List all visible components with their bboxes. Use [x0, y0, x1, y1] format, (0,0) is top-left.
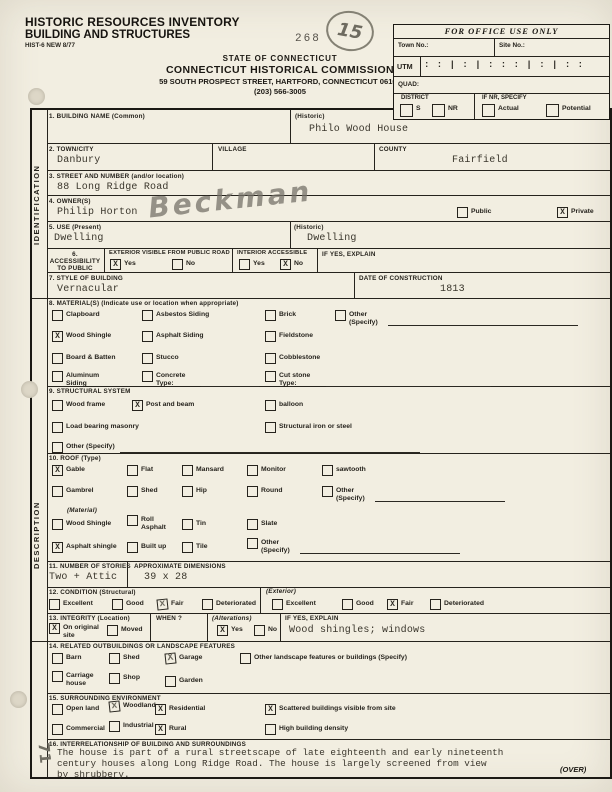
building-name-historic-label: (Historic) [295, 113, 325, 120]
checkbox-box [52, 704, 63, 715]
checkbox-label: Fieldstone [279, 331, 313, 340]
divider [280, 613, 281, 641]
divider [290, 110, 291, 143]
checkbox-box [240, 653, 251, 664]
checkbox-label: No [294, 259, 303, 268]
checkbox-label: Potential [562, 104, 591, 113]
checkbox-box [265, 331, 276, 342]
checkbox-monitor: Monitor [247, 465, 286, 476]
checkbox-label: Actual [498, 104, 519, 113]
form-title-line2: BUILDING AND STRUCTURES [25, 29, 240, 41]
divider [394, 56, 609, 57]
building-name-label: 1. BUILDING NAME (Common) [49, 113, 145, 120]
checkbox-box [182, 519, 193, 530]
checkbox-carriage-house: Carriage house [52, 671, 100, 687]
checkbox-label: Stucco [156, 353, 179, 362]
checkbox-label: Round [261, 486, 283, 495]
checkbox-box [52, 400, 63, 411]
checkbox-label: Other (Specify) [336, 486, 370, 502]
checkbox-box [247, 486, 258, 497]
checkbox-garden: Garden [165, 676, 203, 687]
dimensions-value: 39 x 28 [144, 572, 187, 583]
divider [207, 613, 208, 641]
checkbox-hip: Hip [182, 486, 207, 497]
divider [47, 693, 610, 694]
use-historic-label: (Historic) [294, 224, 324, 231]
checkbox-label: Shed [123, 653, 140, 662]
checkbox-box: X [164, 652, 176, 664]
divider [47, 170, 610, 171]
checkbox-fieldstone: Fieldstone [265, 331, 313, 342]
checkbox-label: Slate [261, 519, 277, 528]
checkbox-high-building-density: High building density [265, 724, 348, 735]
divider [47, 195, 610, 196]
office-use-box: FOR OFFICE USE ONLY Town No.: Site No.: … [393, 24, 610, 120]
checkbox-box: X [217, 625, 228, 636]
checkbox-box [254, 625, 265, 636]
checkbox-label: Woodland [123, 701, 149, 710]
checkbox-tile: Tile [182, 542, 208, 553]
checkbox-brick: Brick [265, 310, 296, 321]
checkbox-round: Round [247, 486, 283, 497]
checkbox-label: Shed [141, 486, 158, 495]
checkbox-label: Gable [66, 465, 85, 474]
checkbox-open-land: Open land [52, 704, 99, 715]
checkbox-balloon: balloon [265, 400, 303, 411]
checkbox-label: Barn [66, 653, 82, 662]
checkbox-asphalt-siding: Asphalt Siding [142, 331, 204, 342]
divider [32, 298, 610, 299]
building-name-historic-value: Philo Wood House [309, 124, 408, 135]
street-label: 3. STREET AND NUMBER (and/or location) [49, 173, 184, 180]
divider [47, 221, 610, 222]
checkbox-garage: XGarage [165, 653, 202, 664]
checkbox-box: X [132, 400, 143, 411]
checkbox-roof-wood-shingle: Wood Shingle [52, 519, 111, 530]
checkbox-box [142, 371, 153, 382]
checkbox-interior-no: XNo [280, 259, 303, 270]
checkbox-label: Other (Specify) [349, 310, 383, 326]
hole-punch [28, 88, 45, 105]
divider [374, 143, 375, 170]
checkbox-label: Carriage house [66, 671, 100, 687]
checkbox-scattered-buildings: XScattered buildings visible from site [265, 704, 396, 715]
interrelationship-text: The house is part of a rural streetscape… [57, 748, 597, 781]
checkbox-label: Rural [169, 724, 186, 733]
checkbox-gable: XGable [52, 465, 85, 476]
form-code: HIST-6 NEW 8/77 [25, 43, 240, 50]
office-use-title: FOR OFFICE USE ONLY [394, 26, 609, 36]
checkbox-label: Fair [171, 599, 183, 608]
checkbox-asbestos-siding: Asbestos Siding [142, 310, 209, 321]
divider [354, 272, 355, 298]
checkbox-label: Hip [196, 486, 207, 495]
checkbox-box [265, 310, 276, 321]
checkbox-asphalt-shingle: XAsphalt shingle [52, 542, 117, 553]
checkbox-box [482, 104, 495, 117]
checkbox-label: Garden [179, 676, 203, 685]
checkbox-label: Structural iron or steel [279, 422, 352, 431]
checkbox-box: X [52, 331, 63, 342]
stories-value: Two + Attic [49, 572, 117, 583]
roof-title: 10. ROOF (Type) [49, 455, 101, 462]
checkbox-box [265, 724, 276, 735]
checkbox-exterior-no: No [172, 259, 195, 270]
use-value: Dwelling [54, 233, 104, 244]
divider [47, 613, 610, 614]
checkbox-label: Cut stone Type: [279, 371, 321, 387]
checkbox-barn: Barn [52, 653, 82, 664]
divider [47, 248, 610, 249]
checkbox-exterior-good: Good [342, 599, 374, 610]
site-no-label: Site No.: [499, 42, 525, 49]
town-value: Danbury [57, 155, 100, 166]
checkbox-label: Moved [121, 625, 143, 634]
checkbox-box [142, 353, 153, 364]
checkbox-cobblestone: Cobblestone [265, 353, 320, 364]
checkbox-box [272, 599, 283, 610]
checkbox-box [265, 371, 276, 382]
checkbox-box [52, 724, 63, 735]
checkbox-structural-iron-steel: Structural iron or steel [265, 422, 352, 433]
handwritten-corner-mark: 71 [35, 742, 55, 764]
checkbox-box [142, 331, 153, 342]
when-label: WHEN ? [156, 615, 182, 622]
divider [47, 272, 610, 273]
section-label-identification: IDENTIFICATION [32, 120, 47, 290]
checkbox-label: Tin [196, 519, 206, 528]
county-value: Fairfield [452, 155, 508, 166]
checkbox-box [546, 104, 559, 117]
checkbox-box [52, 519, 63, 530]
divider [420, 56, 421, 76]
checkbox-on-original-site: XOn original site [49, 623, 101, 639]
checkbox-box [182, 486, 193, 497]
checkbox-flat: Flat [127, 465, 153, 476]
checkbox-label: Deteriorated [216, 599, 256, 608]
checkbox-label: balloon [279, 400, 303, 409]
outbuildings-title: 14. RELATED OUTBUILDINGS OR LANDSCAPE FE… [49, 643, 235, 650]
blank-line [201, 377, 259, 387]
divider [494, 38, 495, 56]
checkbox-box [52, 653, 63, 664]
integrity-label: 13. INTEGRITY (Location) [49, 615, 130, 622]
checkbox-label: Yes [231, 625, 243, 634]
checkbox-box: X [557, 207, 568, 218]
checkbox-box: X [387, 599, 398, 610]
blank-line [300, 544, 460, 554]
divider [150, 613, 151, 641]
checkbox-label: No [186, 259, 195, 268]
checkbox-box [52, 442, 63, 453]
checkbox-box: X [49, 623, 60, 634]
condition-label: 12. CONDITION (Structural) [49, 589, 136, 596]
checkbox-built-up: Built up [127, 542, 166, 553]
checkbox-gambrel: Gambrel [52, 486, 94, 497]
hole-punch [10, 691, 27, 708]
checkbox-label: Monitor [261, 465, 286, 474]
checkbox-district-s: S [400, 104, 421, 117]
checkbox-label: Flat [141, 465, 153, 474]
checkbox-label: NR [448, 104, 458, 113]
divider [212, 143, 213, 170]
checkbox-label: No [268, 625, 277, 634]
checkbox-box [265, 353, 276, 364]
checkbox-shed-roof: Shed [127, 486, 158, 497]
checkbox-nr-potential: Potential [546, 104, 591, 117]
checkbox-wood-shingle: XWood Shingle [52, 331, 111, 342]
checkbox-box [127, 465, 138, 476]
town-no-label: Town No.: [398, 42, 428, 49]
divider [232, 248, 233, 272]
blank-line [388, 316, 578, 326]
checkbox-label: Asphalt shingle [66, 542, 117, 551]
checkbox-box [52, 422, 63, 433]
integrity-explain-label: IF YES, EXPLAIN [285, 615, 339, 622]
stories-label: 11. NUMBER OF STORIES [49, 563, 131, 570]
divider [260, 587, 261, 613]
checkbox-box [342, 599, 353, 610]
quad-label: QUAD: [398, 81, 419, 88]
checkbox-other-landscape: Other landscape features or buildings (S… [240, 653, 407, 664]
use-historic-value: Dwelling [307, 233, 357, 244]
checkbox-box [322, 486, 333, 497]
checkbox-mansard: Mansard [182, 465, 224, 476]
village-label: VILLAGE [218, 146, 247, 153]
checkbox-label: Asbestos Siding [156, 310, 209, 319]
checkbox-structural-good: Good [112, 599, 144, 610]
checkbox-label: Cobblestone [279, 353, 320, 362]
checkbox-box [49, 599, 60, 610]
divider [474, 93, 475, 119]
divider [394, 76, 609, 77]
date-of-construction-label: DATE OF CONSTRUCTION [359, 275, 443, 282]
checkbox-label: Other (Specify) [261, 538, 295, 554]
checkbox-cut-stone: Cut stone Type: [265, 371, 491, 387]
checkbox-box [457, 207, 468, 218]
checkbox-box [202, 599, 213, 610]
circled-inventory-number: 15 [323, 7, 377, 55]
checkbox-label: Other (Specify) [66, 442, 115, 451]
use-label: 5. USE (Present) [49, 224, 101, 231]
alterations-label: (Alterations) [212, 615, 252, 622]
checkbox-exterior-yes: XYes [110, 259, 136, 270]
checkbox-label: Yes [124, 259, 136, 268]
checkbox-box [182, 542, 193, 553]
checkbox-box: X [52, 542, 63, 553]
over-label: (OVER) [560, 765, 586, 774]
hole-punch [21, 381, 38, 398]
divider [47, 561, 610, 562]
roof-material-label: (Material) [67, 507, 97, 514]
blank-line [120, 443, 420, 453]
checkbox-label: Commercial [66, 724, 105, 733]
checkbox-material-other: Other (Specify) [335, 310, 578, 326]
checkbox-label: Concrete Type: [156, 371, 196, 387]
checkbox-label: Brick [279, 310, 296, 319]
checkbox-box: x [156, 598, 168, 610]
scanned-form-page: HISTORIC RESOURCES INVENTORY BUILDING AN… [0, 0, 612, 792]
checkbox-box [335, 310, 346, 321]
checkbox-structural-other: Other (Specify) [52, 442, 420, 453]
checkbox-box [107, 625, 118, 636]
checkbox-label: Tile [196, 542, 208, 551]
checkbox-alterations-yes: XYes [217, 625, 243, 636]
checkbox-label: Board & Batten [66, 353, 115, 362]
blank-line [326, 377, 491, 387]
divider [32, 641, 610, 642]
checkbox-label: Aluminum Siding [66, 371, 102, 387]
checkbox-label: Wood Shingle [66, 331, 111, 340]
checkbox-clapboard: Clapboard [52, 310, 100, 321]
inventory-form: IDENTIFICATION DESCRIPTION 1. BUILDING N… [30, 108, 612, 779]
checkbox-roof-type-other: Other (Specify) [322, 486, 505, 502]
checkbox-label: Excellent [63, 599, 93, 608]
checkbox-owner-public: Public [457, 207, 491, 218]
checkbox-box [109, 653, 120, 664]
checkbox-exterior-excellent: Excellent [272, 599, 316, 610]
checkbox-tin: Tin [182, 519, 206, 530]
checkbox-label: Open land [66, 704, 99, 713]
checkbox-box [109, 721, 120, 732]
divider [47, 587, 610, 588]
accessibility-label: 6. ACCESSIBILITY TO PUBLIC [49, 251, 101, 273]
form-title-line1: HISTORIC RESOURCES INVENTORY [25, 16, 240, 29]
divider [394, 38, 609, 39]
checkbox-box [247, 519, 258, 530]
checkbox-label: sawtooth [336, 465, 366, 474]
checkbox-label: Fair [401, 599, 413, 608]
checkbox-concrete: Concrete Type: [142, 371, 259, 387]
checkbox-label: Garage [179, 653, 202, 662]
checkbox-roof-material-other: Other (Specify) [247, 538, 460, 554]
checkbox-box [247, 465, 258, 476]
exterior-visible-label: EXTERIOR VISIBLE FROM PUBLIC ROAD [109, 250, 230, 257]
checkbox-box [432, 104, 445, 117]
checkbox-woodland: xWoodland [109, 701, 149, 712]
checkbox-district-nr: NR [432, 104, 458, 117]
town-label: 2. TOWN/CITY [49, 146, 94, 153]
checkbox-label: Good [356, 599, 374, 608]
checkbox-label: Shop [123, 673, 140, 682]
divider [47, 143, 610, 144]
checkbox-box [142, 310, 153, 321]
checkbox-box: X [110, 259, 121, 270]
checkbox-label: Gambrel [66, 486, 94, 495]
checkbox-label: Good [126, 599, 144, 608]
divider [104, 248, 105, 272]
checkbox-box [239, 259, 250, 270]
checkbox-interior-yes: Yes [239, 259, 265, 270]
checkbox-aluminum-siding: Aluminum Siding [52, 371, 102, 387]
divider [290, 221, 291, 248]
divider [394, 93, 609, 94]
page-number: 268 [295, 33, 321, 45]
divider [317, 248, 318, 272]
checkbox-box [165, 676, 176, 687]
district-label: DISTRICT [401, 95, 429, 101]
checkbox-label: Post and beam [146, 400, 194, 409]
checkbox-box: X [155, 704, 166, 715]
checkbox-exterior-deteriorated: Deteriorated [430, 599, 484, 610]
materials-title: 8. MATERIAL(S) (Indicate use or location… [49, 300, 239, 307]
checkbox-label: Wood Shingle [66, 519, 111, 528]
checkbox-box [52, 486, 63, 497]
accessibility-explain-label: IF YES, EXPLAIN [322, 251, 376, 258]
condition-exterior-label: (Exterior) [266, 588, 296, 595]
checkbox-label: Asphalt Siding [156, 331, 204, 340]
style-value: Vernacular [57, 284, 119, 295]
checkbox-nr-actual: Actual [482, 104, 519, 117]
checkbox-structural-deteriorated: Deteriorated [202, 599, 256, 610]
checkbox-label: Roll Asphalt [141, 515, 169, 531]
owner-label: 4. OWNER(S) [49, 198, 91, 205]
checkbox-label: Clapboard [66, 310, 100, 319]
form-header: HISTORIC RESOURCES INVENTORY BUILDING AN… [25, 16, 240, 50]
checkbox-box [172, 259, 183, 270]
circled-number-value: 15 [336, 18, 364, 43]
checkbox-box: x [108, 700, 120, 712]
checkbox-label: Deteriorated [444, 599, 484, 608]
checkbox-moved: Moved [107, 625, 143, 636]
checkbox-shed: Shed [109, 653, 140, 664]
checkbox-box: X [265, 704, 276, 715]
checkbox-box [52, 671, 63, 682]
checkbox-alterations-no: No [254, 625, 277, 636]
utm-tick-marks: : : | : | : : : | : | : : [424, 60, 584, 70]
checkbox-box [52, 353, 63, 364]
if-nr-specify-label: IF NR, SPECIFY [482, 95, 527, 101]
checkbox-box [127, 486, 138, 497]
checkbox-rural: XRural [155, 724, 186, 735]
checkbox-sawtooth: sawtooth [322, 465, 366, 476]
checkbox-label: Yes [253, 259, 265, 268]
checkbox-box: X [155, 724, 166, 735]
checkbox-box [322, 465, 333, 476]
checkbox-box [430, 599, 441, 610]
checkbox-load-bearing-masonry: Load bearing masonry [52, 422, 139, 433]
checkbox-label: Wood frame [66, 400, 105, 409]
checkbox-box: X [280, 259, 291, 270]
county-label: COUNTY [379, 146, 407, 153]
checkbox-shop: Shop [109, 673, 140, 684]
section-label-description: DESCRIPTION [32, 440, 47, 630]
structural-system-title: 9. STRUCTURAL SYSTEM [49, 388, 131, 395]
checkbox-label: On original site [63, 623, 101, 639]
checkbox-label: Public [471, 207, 491, 216]
checkbox-box [127, 542, 138, 553]
checkbox-industrial: Industrial [109, 721, 151, 732]
divider [47, 453, 610, 454]
checkbox-box: X [52, 465, 63, 476]
checkbox-label: Scattered buildings visible from site [279, 704, 396, 713]
checkbox-label: Industrial [123, 721, 151, 730]
checkbox-box [52, 371, 63, 382]
checkbox-box [127, 515, 138, 526]
checkbox-box [247, 538, 258, 549]
checkbox-stucco: Stucco [142, 353, 179, 364]
checkbox-owner-private: XPrivate [557, 207, 594, 218]
style-label: 7. STYLE OF BUILDING [49, 275, 123, 282]
checkbox-label: Built up [141, 542, 166, 551]
divider [47, 739, 610, 740]
checkbox-slate: Slate [247, 519, 277, 530]
divider [47, 110, 48, 777]
checkbox-box [109, 673, 120, 684]
checkbox-label: S [416, 104, 421, 113]
checkbox-commercial: Commercial [52, 724, 105, 735]
checkbox-label: Mansard [196, 465, 224, 474]
